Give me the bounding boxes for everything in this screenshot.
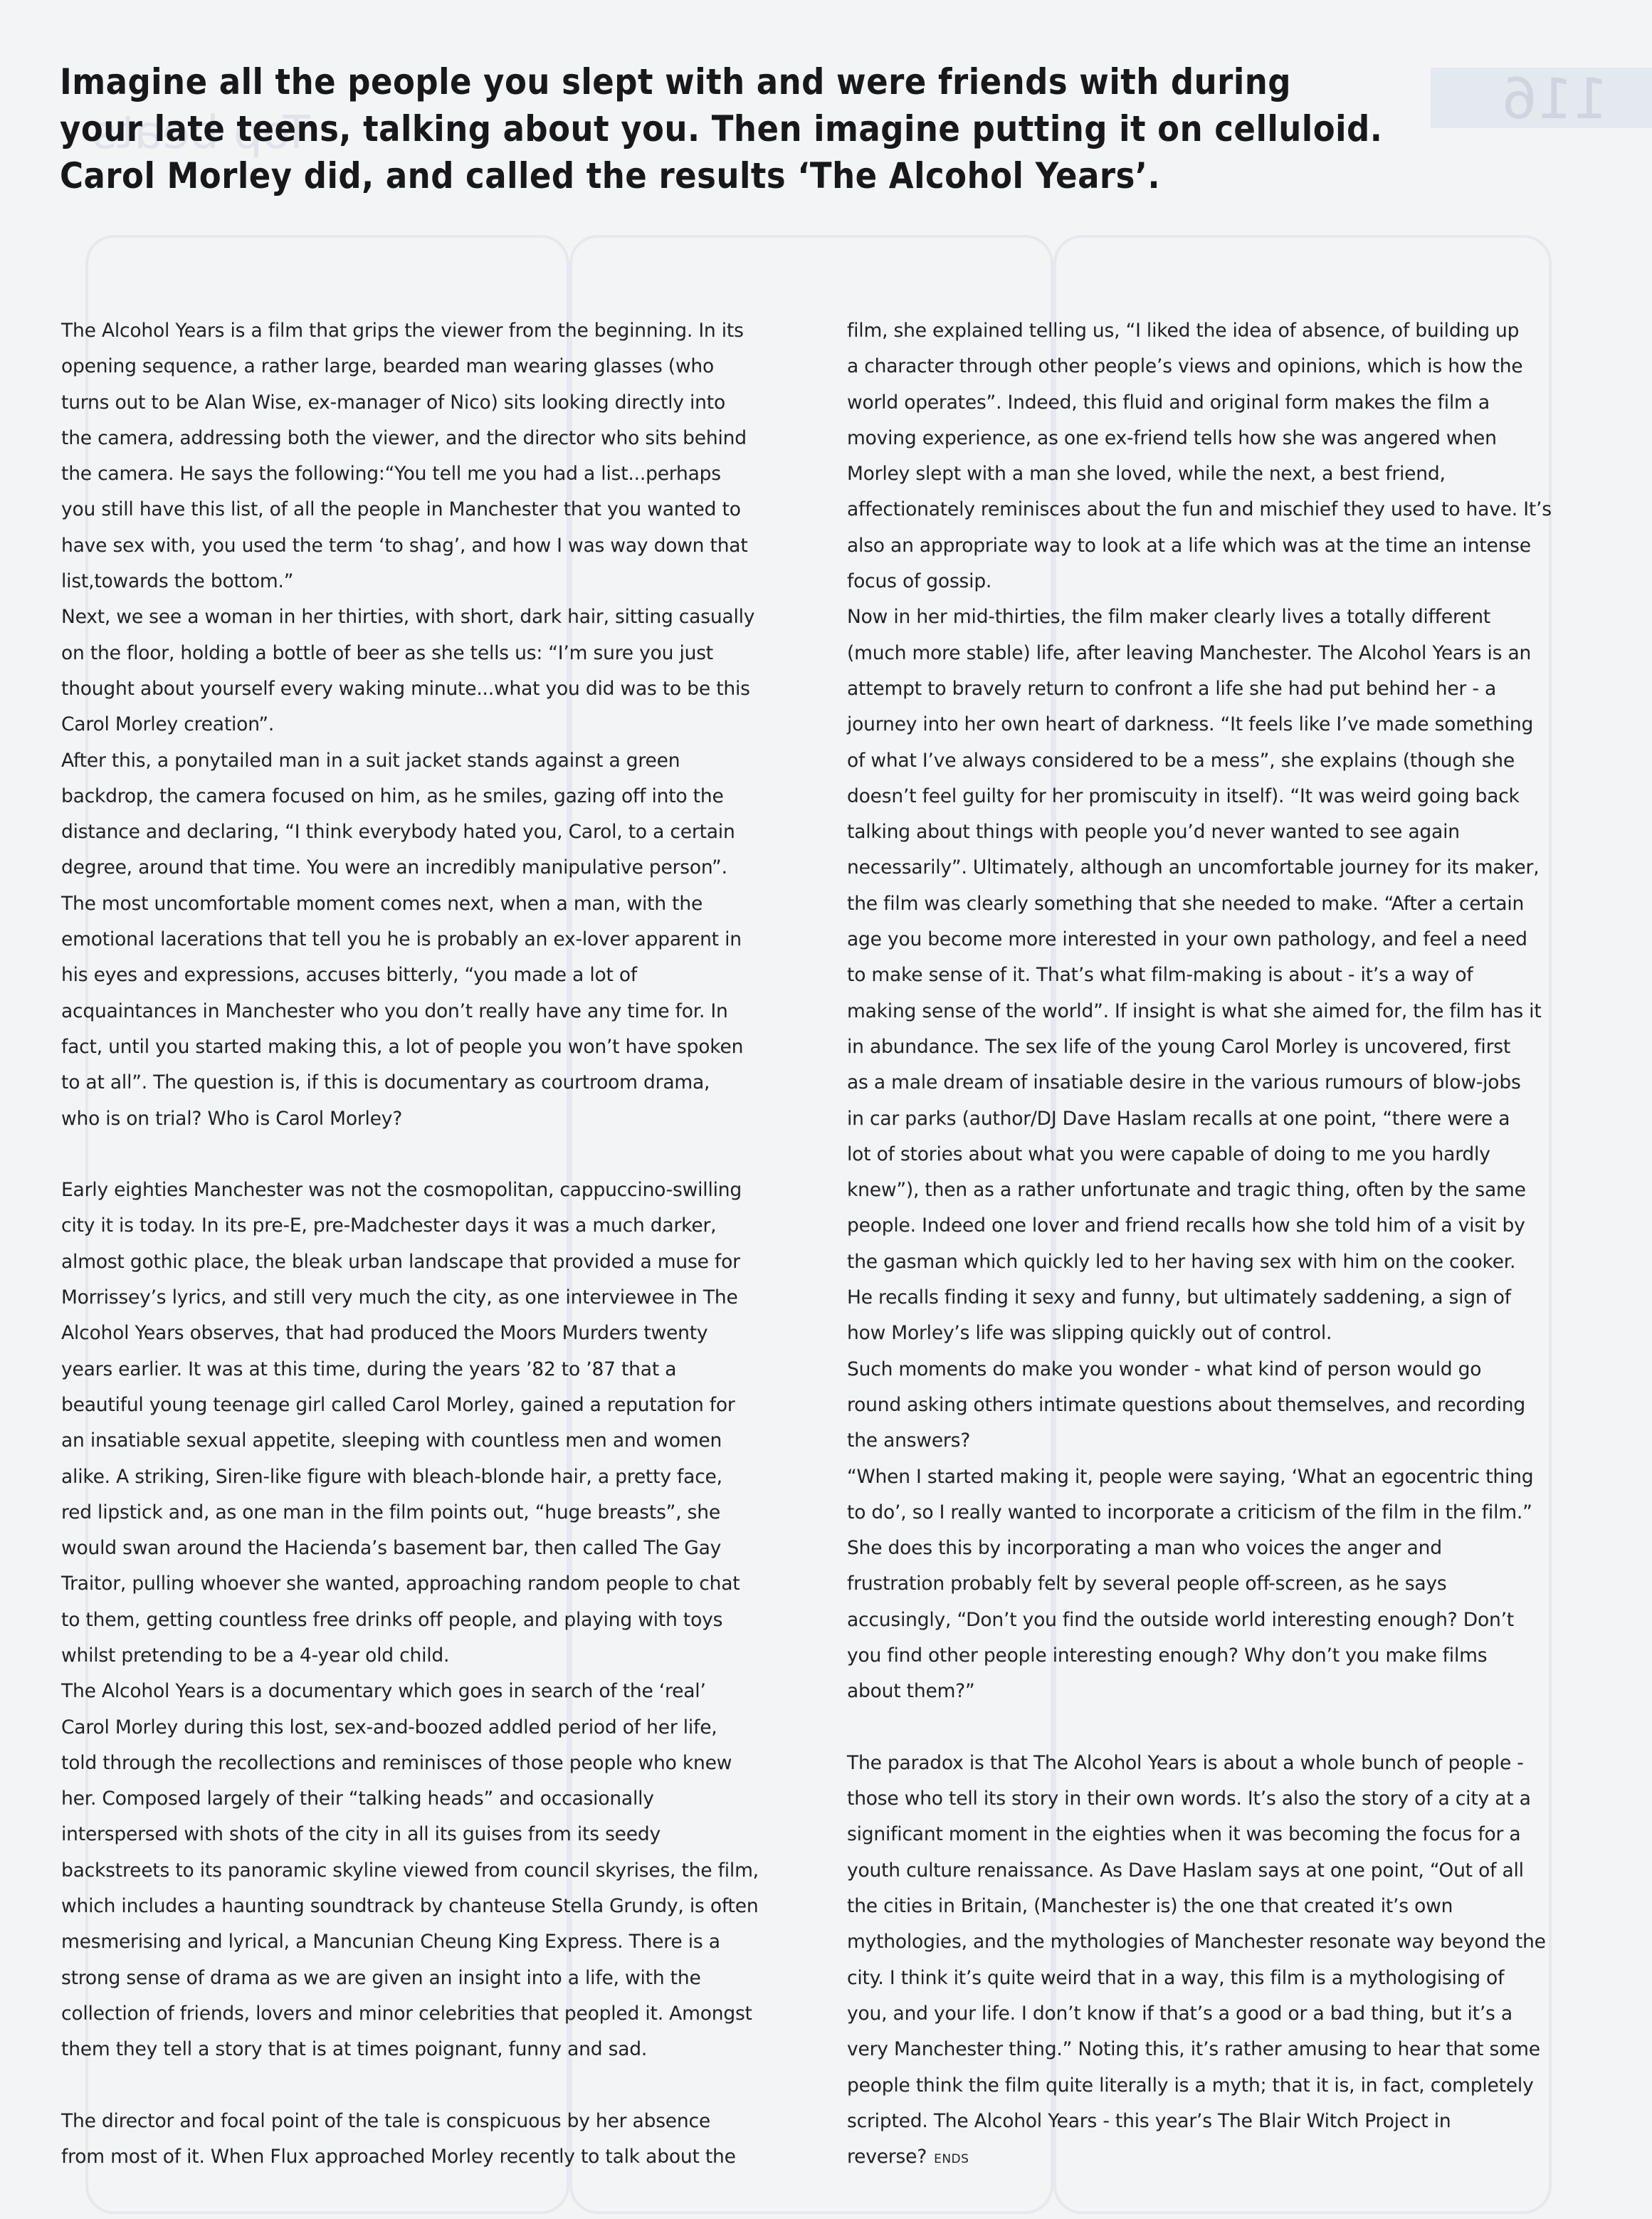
body-text-line: backdrop, the camera focused on him, as …: [61, 779, 794, 814]
body-text-line: lot of stories about what you were capab…: [847, 1137, 1587, 1173]
body-text-line: people. Indeed one lover and friend reca…: [847, 1208, 1587, 1244]
body-text-line: Alcohol Years observes, that had produce…: [61, 1316, 794, 1351]
paragraph-gap: [61, 2068, 794, 2104]
body-text-line: them they tell a story that is at times …: [61, 2032, 794, 2067]
body-text-line: the gasman which quickly led to her havi…: [847, 1244, 1587, 1280]
body-text-line: Early eighties Manchester was not the co…: [61, 1173, 794, 1208]
body-text-line: people think the film quite literally is…: [847, 2068, 1587, 2104]
body-text-line: as a male dream of insatiable desire in …: [847, 1065, 1587, 1101]
headline-line: Imagine all the people you slept with an…: [60, 58, 1483, 105]
body-text-line: focus of gossip.: [847, 564, 1587, 599]
body-text-line: the camera, addressing both the viewer, …: [61, 421, 794, 456]
body-text-line: you find other people interesting enough…: [847, 1638, 1587, 1674]
body-text-line: to do’, so I really wanted to incorporat…: [847, 1495, 1587, 1531]
body-text-line: how Morley’s life was slipping quickly o…: [847, 1316, 1587, 1351]
paragraph-gap: [61, 1137, 794, 1173]
body-text-line: accusingly, “Don’t you find the outside …: [847, 1602, 1587, 1638]
body-text-line: “When I started making it, people were s…: [847, 1459, 1587, 1495]
body-text-line: (much more stable) life, after leaving M…: [847, 636, 1587, 671]
body-text-line: to them, getting countless free drinks o…: [61, 1602, 794, 1638]
body-text-line: years earlier. It was at this time, duri…: [61, 1352, 794, 1387]
body-text-line: of what I’ve always considered to be a m…: [847, 743, 1587, 779]
body-text-line: age you become more interested in your o…: [847, 922, 1587, 958]
body-text-line: which includes a haunting soundtrack by …: [61, 1889, 794, 1924]
body-text-line: very Manchester thing.” Noting this, it’…: [847, 2032, 1587, 2067]
body-text-line: round asking others intimate questions a…: [847, 1387, 1587, 1423]
body-text-line: her. Composed largely of their “talking …: [61, 1781, 794, 1817]
body-text-line: you, and your life. I don’t know if that…: [847, 1996, 1587, 2032]
body-text-line: After this, a ponytailed man in a suit j…: [61, 743, 794, 779]
body-text-line: red lipstick and, as one man in the film…: [61, 1495, 794, 1531]
body-text-line: opening sequence, a rather large, bearde…: [61, 349, 794, 384]
body-text-line: The Alcohol Years is a film that grips t…: [61, 313, 794, 349]
page-number-showthrough: 116: [1502, 68, 1608, 132]
body-text-line: He recalls finding it sexy and funny, bu…: [847, 1280, 1587, 1316]
body-text-line: the camera. He says the following:“You t…: [61, 456, 794, 492]
body-text-line: journey into her own heart of darkness. …: [847, 707, 1587, 743]
body-text-line: the film was clearly something that she …: [847, 886, 1587, 922]
body-text-line: affectionately reminisces about the fun …: [847, 492, 1587, 528]
body-text-line: to at all”. The question is, if this is …: [61, 1065, 794, 1101]
body-text-line: an insatiable sexual appetite, sleeping …: [61, 1423, 794, 1459]
article-column-right: film, she explained telling us, “I liked…: [847, 313, 1587, 2177]
body-text-line: Traitor, pulling whoever she wanted, app…: [61, 1566, 794, 1602]
body-text-final: reverse?: [847, 2146, 927, 2168]
body-text-line: making sense of the world”. If insight i…: [847, 994, 1587, 1029]
body-text-line: The Alcohol Years is a documentary which…: [61, 1674, 794, 1709]
body-text-line: would swan around the Hacienda’s basemen…: [61, 1531, 794, 1566]
body-text-line: moving experience, as one ex-friend tell…: [847, 421, 1587, 456]
body-text-line: turns out to be Alan Wise, ex-manager of…: [61, 385, 794, 421]
body-text-line: have sex with, you used the term ‘to sha…: [61, 528, 794, 564]
body-text-line: The most uncomfortable moment comes next…: [61, 886, 794, 922]
body-text-line: Morrissey’s lyrics, and still very much …: [61, 1280, 794, 1316]
body-text-line: talking about things with people you’d n…: [847, 814, 1587, 850]
body-text-line: city it is today. In its pre-E, pre-Madc…: [61, 1208, 794, 1244]
body-text-line: necessarily”. Ultimately, although an un…: [847, 850, 1587, 886]
body-text-line: who is on trial? Who is Carol Morley?: [61, 1101, 794, 1137]
body-text-line: She does this by incorporating a man who…: [847, 1531, 1587, 1566]
body-text-line: list,towards the bottom.”: [61, 564, 794, 599]
body-text-line: world operates”. Indeed, this fluid and …: [847, 385, 1587, 421]
body-text-line: city. I think it’s quite weird that in a…: [847, 1961, 1587, 1996]
body-text-line: mythologies, and the mythologies of Manc…: [847, 1924, 1587, 1960]
body-text-line: the answers?: [847, 1423, 1587, 1459]
headline-line: Carol Morley did, and called the results…: [60, 152, 1483, 199]
body-text-line: those who tell its story in their own wo…: [847, 1781, 1587, 1817]
body-text-line: backstreets to its panoramic skyline vie…: [61, 1853, 794, 1889]
body-text-line: thought about yourself every waking minu…: [61, 671, 794, 707]
body-text-line: distance and declaring, “I think everybo…: [61, 814, 794, 850]
body-text-line: beautiful young teenage girl called Caro…: [61, 1387, 794, 1423]
body-text-line: attempt to bravely return to confront a …: [847, 671, 1587, 707]
body-text-line: Now in her mid-thirties, the film maker …: [847, 599, 1587, 635]
body-text-line: knew”), then as a rather unfortunate and…: [847, 1173, 1587, 1208]
body-text-line: doesn’t feel guilty for her promiscuity …: [847, 779, 1587, 814]
body-text-line: in abundance. The sex life of the young …: [847, 1029, 1587, 1065]
body-text-line: his eyes and expressions, accuses bitter…: [61, 958, 794, 993]
headline-line: your late teens, talking about you. Then…: [60, 105, 1483, 152]
body-text-line: whilst pretending to be a 4-year old chi…: [61, 1638, 794, 1674]
body-text-line: Such moments do make you wonder - what k…: [847, 1352, 1587, 1387]
body-text-line: also an appropriate way to look at a lif…: [847, 528, 1587, 564]
body-text-line: Next, we see a woman in her thirties, wi…: [61, 599, 794, 635]
article-end-mark: ENDS: [934, 2152, 969, 2166]
body-text-line: degree, around that time. You were an in…: [61, 850, 794, 886]
body-text-line-final: reverse?ENDS: [847, 2139, 1587, 2177]
article-headline: Imagine all the people you slept with an…: [60, 58, 1483, 199]
body-text-line: frustration probably felt by several peo…: [847, 1566, 1587, 1602]
body-text-line: scripted. The Alcohol Years - this year’…: [847, 2104, 1587, 2139]
body-text-line: emotional lacerations that tell you he i…: [61, 922, 794, 958]
body-text-line: the cities in Britain, (Manchester is) t…: [847, 1889, 1587, 1924]
body-text-line: youth culture renaissance. As Dave Hasla…: [847, 1853, 1587, 1889]
body-text-line: acquaintances in Manchester who you don’…: [61, 994, 794, 1029]
body-text-line: on the floor, holding a bottle of beer a…: [61, 636, 794, 671]
article-column-left: The Alcohol Years is a film that grips t…: [61, 313, 794, 2175]
body-text-line: alike. A striking, Siren-like figure wit…: [61, 1459, 794, 1495]
body-text-line: from most of it. When Flux approached Mo…: [61, 2139, 794, 2175]
body-text-line: The paradox is that The Alcohol Years is…: [847, 1746, 1587, 1781]
body-text-line: about them?”: [847, 1674, 1587, 1709]
body-text-line: interspersed with shots of the city in a…: [61, 1817, 794, 1852]
body-text-line: film, she explained telling us, “I liked…: [847, 313, 1587, 349]
body-text-line: to make sense of it. That’s what film-ma…: [847, 958, 1587, 993]
body-text-line: Morley slept with a man she loved, while…: [847, 456, 1587, 492]
body-text-line: collection of friends, lovers and minor …: [61, 1996, 794, 2032]
body-text-line: Carol Morley during this lost, sex-and-b…: [61, 1710, 794, 1746]
body-text-line: strong sense of drama as we are given an…: [61, 1961, 794, 1996]
body-text-line: mesmerising and lyrical, a Mancunian Che…: [61, 1924, 794, 1960]
body-text-line: fact, until you started making this, a l…: [61, 1029, 794, 1065]
body-text-line: a character through other people’s views…: [847, 349, 1587, 384]
paragraph-gap: [847, 1710, 1587, 1746]
body-text-line: told through the recollections and remin…: [61, 1746, 794, 1781]
body-text-line: Carol Morley creation”.: [61, 707, 794, 743]
body-text-line: almost gothic place, the bleak urban lan…: [61, 1244, 794, 1280]
body-text-line: The director and focal point of the tale…: [61, 2104, 794, 2139]
body-text-line: you still have this list, of all the peo…: [61, 492, 794, 528]
body-text-line: in car parks (author/DJ Dave Haslam reca…: [847, 1101, 1587, 1137]
body-text-line: significant moment in the eighties when …: [847, 1817, 1587, 1852]
